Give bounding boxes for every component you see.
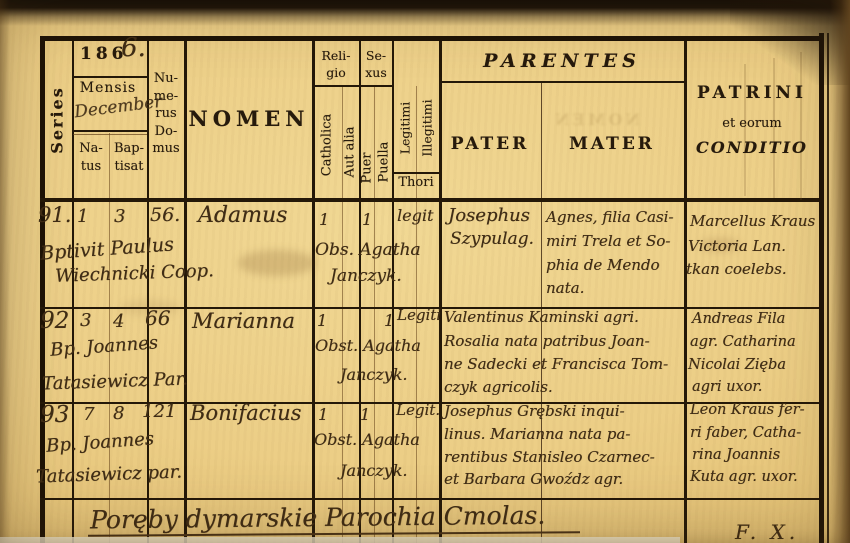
footer-place-note: Poręby dymarskie Parochia Cmolas.: [90, 501, 545, 535]
entry-93-catholica: 1: [318, 405, 328, 424]
entry-92-midwife-line1: Obst. Agatha: [315, 336, 421, 355]
entry-92-parents-line2: Rosalia nata patribus Joan-: [444, 332, 650, 350]
grid-line: [819, 33, 824, 543]
entry-92-series-number: 92: [40, 308, 69, 334]
grid-line: [684, 36, 687, 543]
entry-91-mater-line2: miri Trela et So-: [546, 232, 670, 250]
entry-93-midwife-line2: Janczyk.: [340, 461, 407, 480]
entry-92-patrini-line1: Andreas Fila: [692, 311, 785, 327]
header-puer: Puer: [360, 152, 375, 183]
header-aut-alia: Aut alia: [343, 127, 358, 178]
footer-corner-mark: F. X.: [735, 520, 799, 543]
entry-91-patrini-line1: Marcellus Kraus: [690, 212, 815, 230]
entry-92-baptisat: 4: [113, 311, 124, 332]
entry-93-puer: 1: [360, 405, 370, 424]
header-mater: MATER: [569, 134, 655, 154]
entry-91-legitimus: legit: [397, 206, 433, 225]
header-illegitimi: Illegitimi: [420, 99, 435, 156]
entry-92-puella: 1: [384, 311, 394, 330]
ink-stain: [238, 250, 316, 276]
entry-93-baptisat: 8: [113, 403, 124, 424]
entry-91-puer: 1: [362, 210, 372, 229]
entry-92-catholica: 1: [317, 311, 327, 330]
entry-93-nomen: Bonifacius: [190, 401, 301, 425]
entry-92-natus: 3: [80, 310, 91, 331]
entry-91-pater-line1: Josephus: [448, 205, 530, 226]
entry-91-catholica: 1: [319, 210, 329, 229]
entry-93-legitimus: Legit.: [396, 401, 440, 419]
header-conditio: CONDITIO: [696, 138, 808, 157]
grid-line: [440, 81, 684, 83]
entry-93-patrini-line2: ri faber, Catha-: [690, 425, 801, 441]
entry-93-parents-line2: linus. Marianna nata pa-: [444, 425, 630, 443]
grid-line: [40, 498, 819, 500]
entry-92-parents-line3: ne Sadecki et Francisca Tom-: [444, 355, 668, 373]
entry-93-patrini-line4: Kuta agr. uxor.: [690, 469, 798, 485]
grid-line: [73, 134, 147, 135]
header-religio: Reli- gio: [321, 48, 350, 82]
grid-line: [393, 172, 439, 174]
grid-line: [439, 36, 442, 543]
header-legitimi: Legitimi: [398, 102, 413, 155]
bleedthrough-ghost-text: NOMEN: [552, 110, 640, 129]
entry-91-pater-line2: Szypulag.: [450, 229, 534, 249]
entry-93-domus: 121: [142, 401, 176, 422]
entry-91-domus: 56.: [150, 204, 180, 226]
entry-91-baptisat: 3: [114, 206, 125, 227]
entry-92-patrini-line3: Nicolai Zięba: [688, 357, 786, 373]
entry-91-patrini-line3: tkan coelebs.: [686, 260, 787, 278]
entry-91-mater-line3: phia de Mendo: [546, 256, 660, 274]
header-puella: Puella: [377, 142, 392, 183]
grid-line: [312, 36, 315, 543]
entry-92-nomen: Marianna: [192, 309, 295, 333]
entry-92-patrini-line2: agr. Catharina: [690, 334, 796, 350]
entry-92-patrini-line4: agri uxor.: [692, 379, 762, 395]
entry-91-midwife-line2: Janczyk.: [330, 266, 402, 286]
entry-91-midwife-line1: Obs. Agatha: [315, 240, 421, 260]
entry-93-natus: 7: [83, 404, 94, 425]
header-patrini: PATRINI: [697, 83, 807, 103]
entry-93-patrini-line3: rina Joannis: [692, 447, 780, 463]
grid-line: [73, 76, 147, 78]
header-parentes: PARENTES: [483, 50, 641, 72]
header-patrini-sub: et eorum: [722, 116, 781, 131]
grid-line: [73, 130, 147, 132]
header-nomen: NOMEN: [189, 106, 310, 131]
header-mensis: Mensis: [80, 80, 136, 96]
entry-91-mater-line1: Agnes, filia Casi-: [546, 208, 674, 226]
grid-line: [40, 198, 819, 202]
grid-line: [40, 36, 824, 41]
entry-93-parents-line1: Josephus Grębski inqui-: [444, 402, 625, 420]
header-baptisat: Bap- tisat: [114, 140, 144, 175]
grid-line: [827, 33, 829, 543]
register-photo: NOMEN Series 1: [0, 0, 850, 543]
entry-92-midwife-line2: Janczyk.: [340, 365, 407, 384]
header-year-handwritten: 6.: [121, 33, 146, 63]
entry-93-patrini-line1: Leon Kraus fer-: [690, 402, 804, 418]
header-sexus: Se- xus: [365, 48, 387, 82]
bleedthrough-line: [800, 52, 802, 200]
entry-91-natus: 1: [77, 206, 88, 227]
entry-91-mater-line4: nata.: [546, 279, 584, 297]
entry-92-domus: 66: [145, 306, 170, 330]
entry-92-legitimus: Legiti: [397, 306, 441, 324]
header-catholica: Catholica: [320, 114, 335, 176]
entry-91-patrini-line2: Victoria Lan.: [688, 237, 786, 255]
entry-92-parents-line1: Valentinus Kaminski agri.: [444, 308, 639, 326]
header-natus: Na- tus: [79, 140, 103, 175]
entry-93-parents-line3: rentibus Stanisleo Czarnec-: [444, 448, 655, 466]
header-thori: Thori: [398, 175, 433, 190]
header-numerus-domus: Nu- me- rus Do- mus: [152, 70, 179, 158]
entry-93-series-number: 93: [40, 402, 69, 428]
grid-line: [184, 36, 187, 543]
header-pater: PATER: [451, 134, 530, 154]
entry-92-parents-line4: czyk agricolis.: [444, 378, 553, 396]
header-series: Series: [48, 86, 67, 153]
entry-93-midwife-line1: Obst. Agatha: [314, 430, 420, 449]
entry-91-series-number: 91.: [38, 203, 71, 227]
grid-line: [313, 85, 392, 87]
entry-93-parents-line4: et Barbara Gwoźdz agr.: [444, 470, 623, 488]
entry-91-nomen: Adamus: [198, 203, 287, 228]
